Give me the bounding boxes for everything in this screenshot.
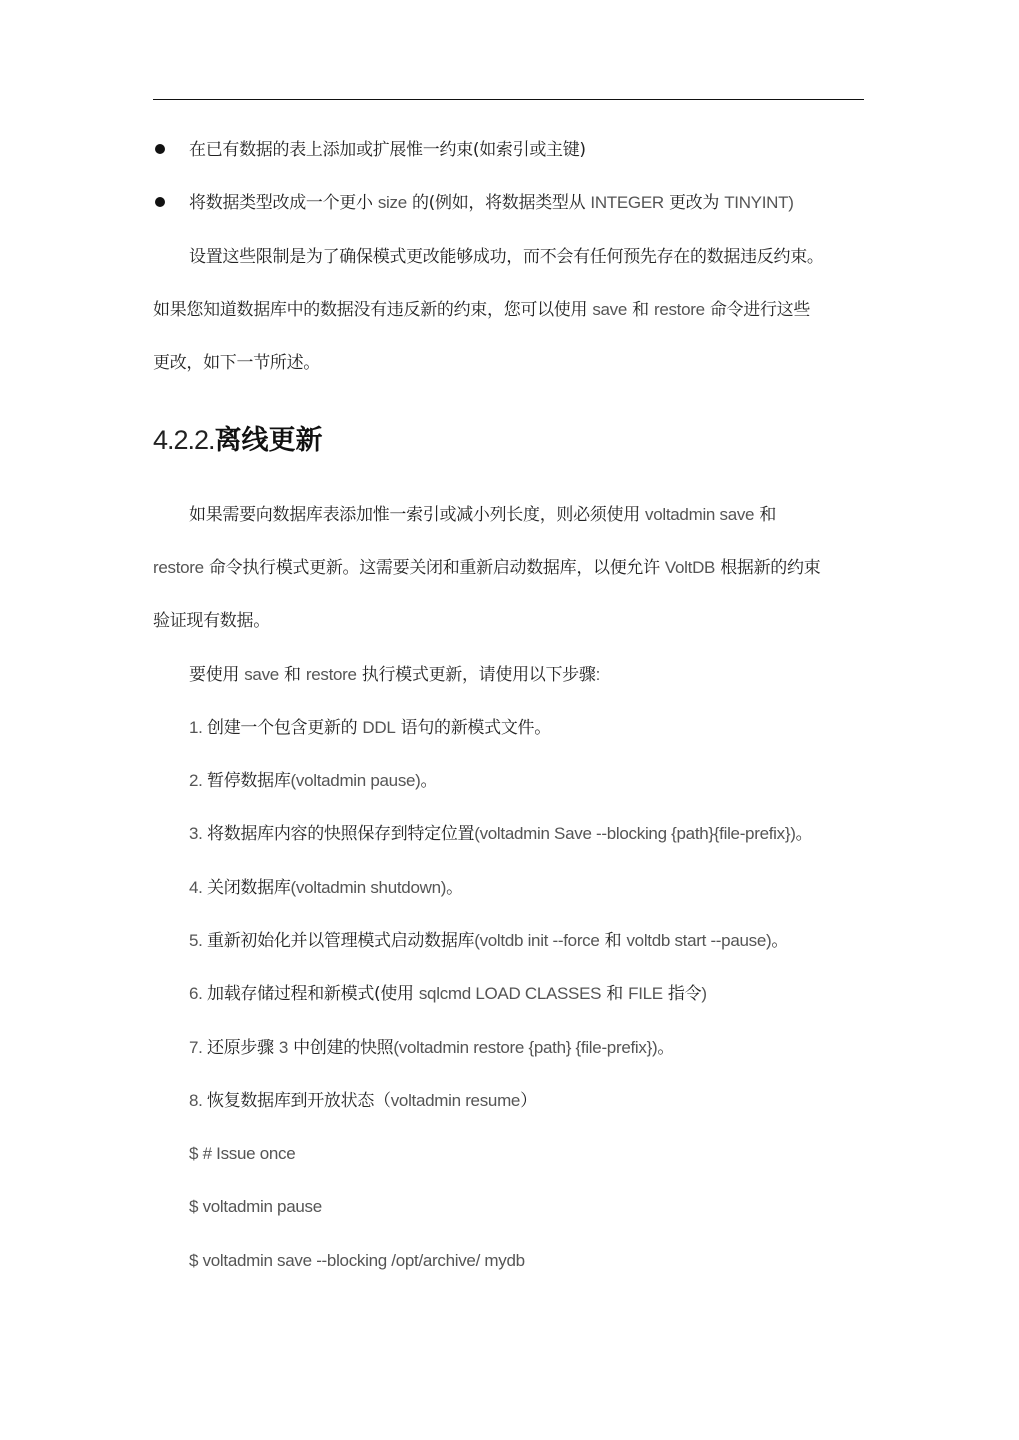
text: 和 xyxy=(627,300,654,320)
step-number: 8. xyxy=(189,1091,207,1110)
code-term: voltadmin resume xyxy=(391,1091,520,1110)
text: 要使用 xyxy=(189,665,244,685)
text: 和 xyxy=(600,931,627,951)
step-number: 7. xyxy=(189,1038,207,1057)
step-item: 1. 创建一个包含更新的 DDL 语句的新模式文件。 xyxy=(189,717,551,739)
text: 如果需要向数据库表添加惟一索引或减小列长度，则必须使用 xyxy=(189,505,645,525)
text: 将数据类型改成一个更小 xyxy=(189,193,378,213)
bullet-item: 将数据类型改成一个更小 size 的(例如，将数据类型从 INTEGER 更改为… xyxy=(189,192,794,214)
code-term: voltadmin save xyxy=(645,505,754,524)
step-number: 6. xyxy=(189,984,207,1003)
code-term: restore xyxy=(306,665,357,684)
text: 命令执行模式更新。这需要关闭和重新启动数据库，以便允许 xyxy=(204,558,665,578)
text: 。 xyxy=(796,824,813,844)
paragraph-line: 设置这些限制是为了确保模式更改能够成功，而不会有任何预先存在的数据违反约束。 xyxy=(189,246,824,268)
bullet-item: 在已有数据的表上添加或扩展惟一约束(如索引或主键) xyxy=(189,139,586,161)
text: 加载存储过程和新模式(使用 xyxy=(207,984,419,1004)
step-number: 2. xyxy=(189,771,207,790)
text: 的(例如，将数据类型从 xyxy=(407,193,591,213)
text: 恢复数据库到开放状态（ xyxy=(207,1091,391,1111)
text: 和 xyxy=(754,505,776,525)
command-line: $ voltadmin pause xyxy=(189,1196,322,1218)
text: 。 xyxy=(446,878,463,898)
command-text: $ voltadmin save --blocking /opt/archive… xyxy=(189,1251,525,1270)
step-number: 1. xyxy=(189,718,207,737)
steps-intro: 要使用 save 和 restore 执行模式更新，请使用以下步骤: xyxy=(189,664,600,686)
paragraph-line: 如果需要向数据库表添加惟一索引或减小列长度，则必须使用 voltadmin sa… xyxy=(189,504,776,526)
code-term: save xyxy=(244,665,279,684)
code-term: (voltadmin restore {path} {file-prefix}) xyxy=(393,1038,657,1057)
text: 。 xyxy=(657,1038,674,1058)
text: 关闭数据库 xyxy=(207,878,291,898)
code-term: DDL xyxy=(362,718,395,737)
paragraph-line: restore 命令执行模式更新。这需要关闭和重新启动数据库，以便允许 Volt… xyxy=(153,557,820,579)
section-title: 离线更新 xyxy=(215,425,323,456)
code-term: VoltDB xyxy=(665,558,715,577)
bullet-icon xyxy=(155,144,165,154)
text: 。 xyxy=(421,771,438,791)
text: 更改为 xyxy=(664,193,724,213)
code-term: restore xyxy=(654,300,705,319)
step-number: 5. xyxy=(189,931,207,950)
text: 创建一个包含更新的 xyxy=(207,718,362,738)
code-term: (voltdb init --force xyxy=(474,931,599,950)
section-heading: 4.2.2.离线更新 xyxy=(153,422,323,459)
command-text: $ # Issue once xyxy=(189,1144,295,1163)
step-item: 4. 关闭数据库(voltadmin shutdown)。 xyxy=(189,877,463,899)
step-number: 3. xyxy=(189,824,207,843)
code-term: INTEGER xyxy=(590,193,663,212)
paragraph-line: 如果您知道数据库中的数据没有违反新的约束，您可以使用 save 和 restor… xyxy=(153,299,810,321)
command-text: $ voltadmin pause xyxy=(189,1197,322,1216)
step-item: 2. 暂停数据库(voltadmin pause)。 xyxy=(189,770,437,792)
code-term: TINYINT) xyxy=(724,193,793,212)
text: 重新初始化并以管理模式启动数据库 xyxy=(207,931,474,951)
step-item: 5. 重新初始化并以管理模式启动数据库(voltdb init --force … xyxy=(189,930,788,952)
code-term: 3 xyxy=(279,1038,288,1057)
step-item: 3. 将数据库内容的快照保存到特定位置(voltadmin Save --blo… xyxy=(189,823,812,845)
text: 语句的新模式文件。 xyxy=(396,718,551,738)
step-item: 7. 还原步骤 3 中创建的快照(voltadmin restore {path… xyxy=(189,1037,674,1059)
text: 和 xyxy=(279,665,306,685)
text: : xyxy=(596,665,600,684)
step-item: 8. 恢复数据库到开放状态（voltadmin resume） xyxy=(189,1090,537,1112)
text: 还原步骤 xyxy=(207,1038,279,1058)
code-term: FILE xyxy=(628,984,663,1003)
code-term: (voltadmin shutdown) xyxy=(291,878,447,897)
text: 中创建的快照 xyxy=(288,1038,393,1058)
paragraph-line: 验证现有数据。 xyxy=(153,610,270,632)
code-term: save xyxy=(592,300,627,319)
step-number: 4. xyxy=(189,878,207,897)
code-term: voltdb start --pause) xyxy=(626,931,771,950)
code-term: ) xyxy=(701,984,706,1003)
header-rule xyxy=(153,99,864,100)
code-term: restore xyxy=(153,558,204,577)
text: 将数据库内容的快照保存到特定位置 xyxy=(207,824,474,844)
code-term: (voltadmin pause) xyxy=(291,771,421,790)
section-number: 4.2.2. xyxy=(153,425,215,455)
text: 执行模式更新，请使用以下步骤 xyxy=(357,665,596,685)
text: 如果您知道数据库中的数据没有违反新的约束，您可以使用 xyxy=(153,300,592,320)
text: 根据新的约束 xyxy=(715,558,820,578)
text: 命令进行这些 xyxy=(705,300,810,320)
text: 。 xyxy=(771,931,788,951)
step-item: 6. 加载存储过程和新模式(使用 sqlcmd LOAD CLASSES 和 F… xyxy=(189,983,707,1005)
text: 和 xyxy=(601,984,628,1004)
paragraph-line: 更改，如下一节所述。 xyxy=(153,352,320,374)
text: 暂停数据库 xyxy=(207,771,291,791)
command-line: $ # Issue once xyxy=(189,1143,295,1165)
text: ） xyxy=(520,1091,537,1111)
code-term: size xyxy=(378,193,407,212)
bullet-icon xyxy=(155,197,165,207)
text: 指令 xyxy=(663,984,702,1004)
code-term: sqlcmd LOAD CLASSES xyxy=(419,984,601,1003)
command-line: $ voltadmin save --blocking /opt/archive… xyxy=(189,1250,525,1272)
code-term: (voltadmin Save --blocking {path}{file-p… xyxy=(474,824,795,843)
text: 在已有数据的表上添加或扩展惟一约束(如索引或主键) xyxy=(189,140,586,160)
